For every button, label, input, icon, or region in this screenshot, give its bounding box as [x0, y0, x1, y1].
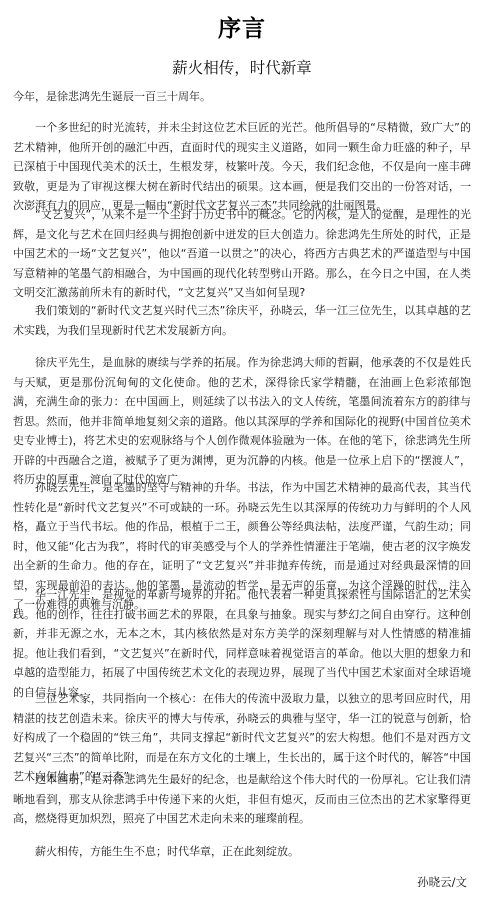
paragraph-xu-qingping: 徐庆平先生，是血脉的赓续与学养的拓展。作为徐悲鸿大师的哲嗣，他承袭的不仅是姓氏与…	[13, 353, 471, 490]
paragraph-hua-yijiang: 华一江先生，是视觉的革新与境界的开拓。他代表着一种更具探索性与国际语汇的艺术实践…	[13, 585, 471, 702]
paragraph-album: 这本画册，是对徐悲鸿先生最好的纪念，也是献给这个伟大时代的一份厚礼。它让我们清晰…	[13, 770, 471, 829]
author-signature: 孙晓云/文	[417, 874, 467, 890]
paragraph-closing: 薪火相传，方能生生不息；时代华章，正在此刻绽放。	[13, 842, 471, 862]
document-page: 序言 薪火相传，时代新章 今年，是徐悲鸿先生诞辰一百三十周年。 一个多世纪的时光…	[0, 0, 484, 901]
document-subtitle: 薪火相传，时代新章	[0, 56, 484, 78]
paragraph-legacy: 一个多世纪的时光流转，并未尘封这位艺术巨匠的光芒。他所倡导的“尽精微，致广大”的…	[13, 118, 471, 216]
document-title: 序言	[0, 10, 484, 43]
paragraph-intro: 今年，是徐悲鸿先生诞辰一百三十周年。	[13, 87, 471, 107]
paragraph-renaissance: “文艺复兴”，从来不是一个尘封于历史书中的概念。它的内核，是人的觉醒，是理性的光…	[13, 205, 471, 303]
paragraph-three-masters: 我们策划的“新时代文艺复兴时代三杰”徐庆平，孙晓云，华一江三位先生，以其卓越的艺…	[13, 301, 471, 340]
